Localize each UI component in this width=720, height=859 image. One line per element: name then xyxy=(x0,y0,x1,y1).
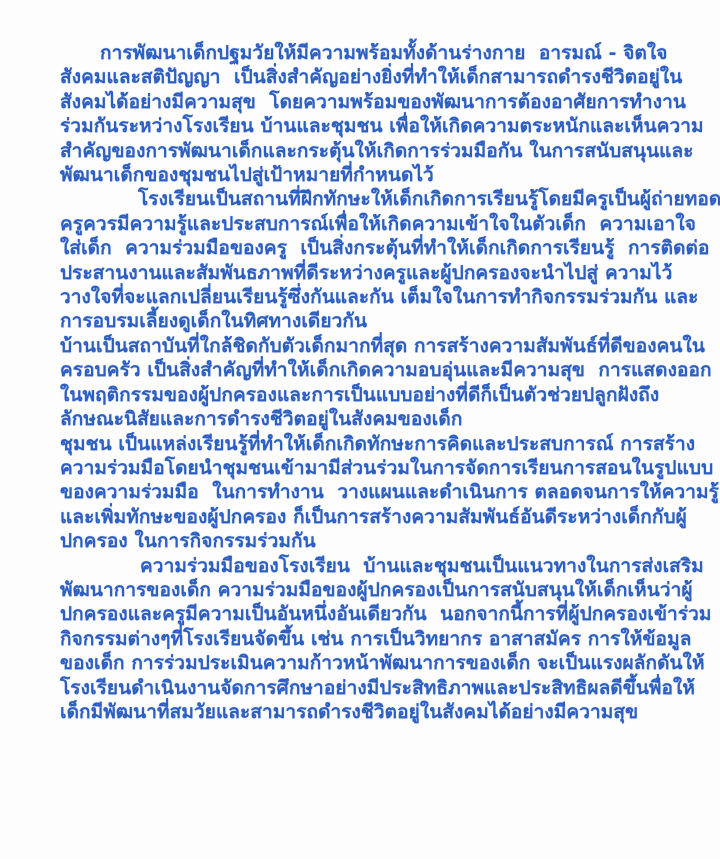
text-line: ความร่วมมือของโรงเรียน บ้านและชุมชนเป็นแ… xyxy=(140,554,710,578)
text-line: สำคัญของการพัฒนาเด็กและกระตุ้นให้เกิดการ… xyxy=(60,139,710,163)
text-line: ประสานงานและสัมพันธภาพที่ดีระหว่างครูและ… xyxy=(60,261,710,285)
text-line: ในพฤติกรรมของผู้ปกครองและการเป็นแบบอย่าง… xyxy=(60,383,710,407)
text-line: สังคมและสติปัญญา เป็นสิ่งสำคัญอย่างยิ่งท… xyxy=(60,65,710,89)
text-line: ครูควรมีความรู้และประสบการณ์เพื่อให้เกิด… xyxy=(60,212,710,236)
text-line: วางใจที่จะแลกเปลี่ยนเรียนรู้ซึ่งกันและกั… xyxy=(60,285,710,309)
text-line: การพัฒนาเด็กปฐมวัยให้มีความพร้อมทั้งด้าน… xyxy=(100,41,710,65)
text-line: ครอบครัว เป็นสิ่งสำคัญที่ทำให้เด็กเกิดคว… xyxy=(60,358,710,382)
text-line: ร่วมกันระหว่างโรงเรียน บ้านและชุมชน เพื่… xyxy=(60,114,710,138)
document-page: การพัฒนาเด็กปฐมวัยให้มีความพร้อมทั้งด้าน… xyxy=(0,0,720,859)
text-line: ใส่เด็ก ความร่วมมือของครู เป็นสิ่งกระตุ้… xyxy=(60,236,710,260)
text-line: การอบรมเลี้ยงดูเด็กในทิศทางเดียวกัน xyxy=(60,309,710,333)
paragraph: ความร่วมมือของโรงเรียน บ้านและชุมชนเป็นแ… xyxy=(60,554,710,725)
paragraph: ชุมชน เป็นแหล่งเรียนรู้ที่ทำให้เด็กเกิดท… xyxy=(60,432,710,554)
text-line: ปกครองและครูมีความเป็นอันหนึ่งอันเดียวกั… xyxy=(60,602,710,626)
text-line: กิจกรรมต่างๆที่โรงเรียนจัดขึ้น เช่น การเ… xyxy=(60,627,710,651)
text-line: พัฒนาการของเด็ก ความร่วมมือของผู้ปกครองเ… xyxy=(60,578,710,602)
text-line: บ้านเป็นสถาบันที่ใกล้ชิดกับตัวเด็กมากที่… xyxy=(60,334,710,358)
text-line: ชุมชน เป็นแหล่งเรียนรู้ที่ทำให้เด็กเกิดท… xyxy=(60,432,710,456)
text-line: และเพิ่มทักษะของผู้ปกครอง ก็เป็นการสร้าง… xyxy=(60,505,710,529)
paragraph: การพัฒนาเด็กปฐมวัยให้มีความพร้อมทั้งด้าน… xyxy=(60,41,710,187)
paragraph: บ้านเป็นสถาบันที่ใกล้ชิดกับตัวเด็กมากที่… xyxy=(60,334,710,432)
text-line: เด็กมีพัฒนาที่สมวัยและสามารถดำรงชีวิตอยู… xyxy=(60,700,710,724)
paragraph: โรงเรียนเป็นสถานที่ฝึกทักษะให้เด็กเกิดกา… xyxy=(60,187,710,333)
text-line: พัฒนาเด็กของชุมชนไปสู่เป้าหมายที่กำหนดไว… xyxy=(60,163,710,187)
text-line: โรงเรียนดำเนินงานจัดการศึกษาอย่างมีประสิ… xyxy=(60,676,710,700)
text-line: ของเด็ก การร่วมประเมินความก้าวหน้าพัฒนาก… xyxy=(60,651,710,675)
text-line: ความร่วมมือโดยนำชุมชนเข้ามามีส่วนร่วมในก… xyxy=(60,456,710,480)
text-line: สังคมได้อย่างมีความสุข โดยความพร้อมของพั… xyxy=(60,90,710,114)
document-text-body: การพัฒนาเด็กปฐมวัยให้มีความพร้อมทั้งด้าน… xyxy=(60,41,710,724)
text-line: ปกครอง ในการกิจกรรมร่วมกัน xyxy=(60,529,710,553)
text-line: ลักษณะนิสัยและการดำรงชีวิตอยู่ในสังคมของ… xyxy=(60,407,710,431)
text-line: ของความร่วมมือ ในการทำงาน วางแผนและดำเนิ… xyxy=(60,480,710,504)
text-line: โรงเรียนเป็นสถานที่ฝึกทักษะให้เด็กเกิดกา… xyxy=(138,187,710,211)
